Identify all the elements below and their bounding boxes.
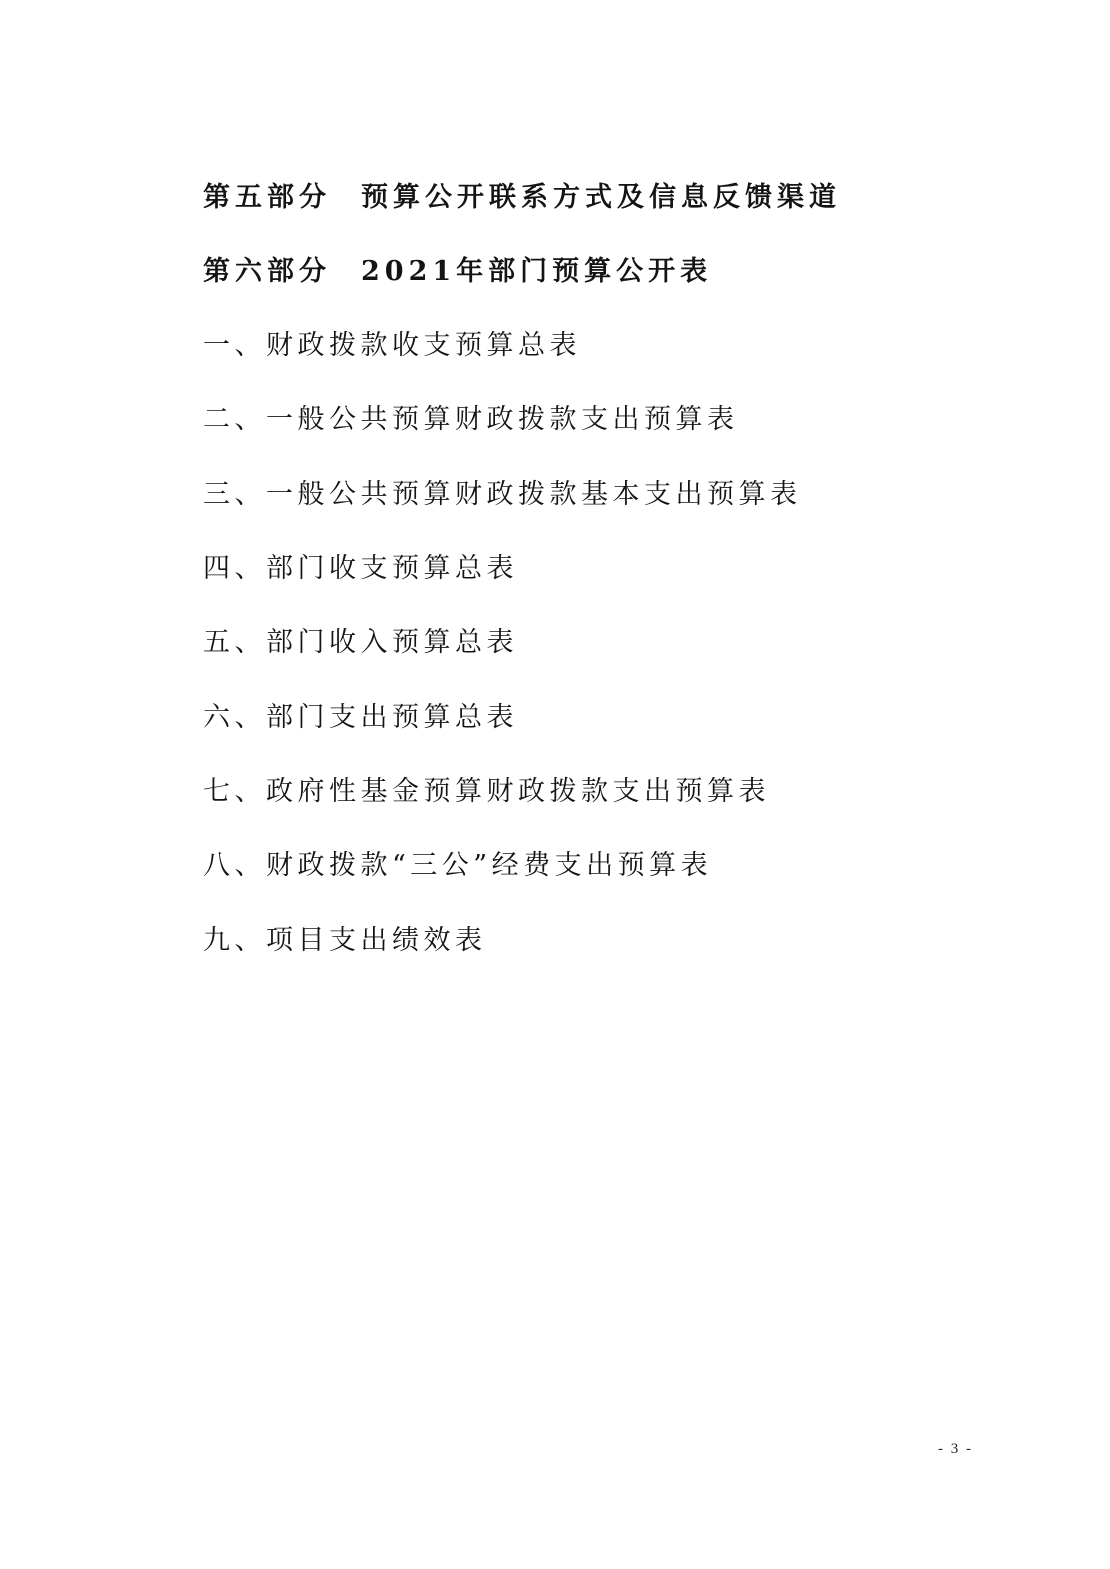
part-title: 2021年部门预算公开表 bbox=[361, 256, 712, 287]
document-page: 第五部分预算公开联系方式及信息反馈渠道 第六部分2021年部门预算公开表 一、财… bbox=[0, 0, 1110, 1569]
part-title: 预算公开联系方式及信息反馈渠道 bbox=[361, 182, 841, 213]
toc-item-7: 七、政府性基金预算财政拨款支出预算表 bbox=[203, 775, 770, 809]
part-label: 第六部分 bbox=[203, 256, 331, 287]
part-label: 第五部分 bbox=[203, 182, 331, 213]
toc-item-4: 四、部门收支预算总表 bbox=[203, 552, 518, 586]
toc-item-1: 一、财政拨款收支预算总表 bbox=[203, 329, 581, 363]
toc-item-3: 三、一般公共预算财政拨款基本支出预算表 bbox=[203, 478, 802, 512]
section-heading-part-6: 第六部分2021年部门预算公开表 bbox=[203, 255, 712, 289]
toc-item-6: 六、部门支出预算总表 bbox=[203, 701, 518, 735]
toc-item-5: 五、部门收入预算总表 bbox=[203, 626, 518, 660]
toc-item-2: 二、一般公共预算财政拨款支出预算表 bbox=[203, 403, 739, 437]
toc-item-9: 九、项目支出绩效表 bbox=[203, 924, 487, 958]
section-heading-part-5: 第五部分预算公开联系方式及信息反馈渠道 bbox=[203, 181, 841, 215]
page-number: - 3 - bbox=[938, 1441, 973, 1458]
toc-item-8: 八、财政拨款“三公”经费支出预算表 bbox=[203, 849, 712, 883]
